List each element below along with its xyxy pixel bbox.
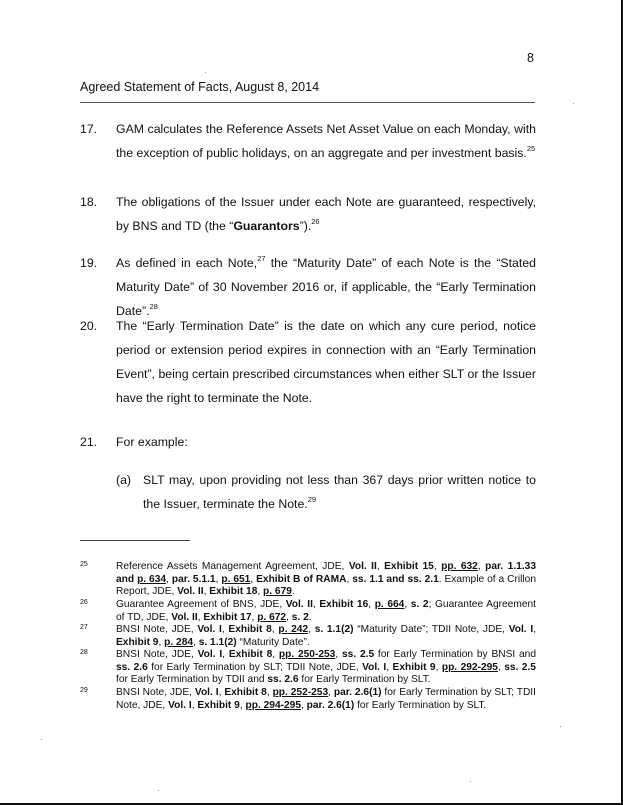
citation-page-link: pp. 632	[441, 561, 478, 572]
footnote-ref[interactable]: 27	[257, 254, 265, 263]
footnote-28: 28 BNSI Note, JDE, Vol. I, Exhibit 8, pp…	[80, 649, 536, 687]
header-rule	[80, 102, 535, 103]
footnote-number: 27	[80, 622, 88, 635]
scan-speck	[470, 781, 471, 782]
citation-ref: Exhibit 17	[203, 612, 251, 623]
citation-ref: Vol. I	[197, 624, 221, 635]
paragraph-number: 19.	[80, 251, 97, 275]
citation-ref: Exhibit 9	[393, 662, 436, 673]
footnote-separator	[80, 540, 190, 541]
paragraph-number: 18.	[80, 190, 97, 214]
citation-text: ,	[272, 649, 279, 660]
paragraph-text: For example:	[116, 430, 536, 454]
citation-ref: Exhibit 9	[116, 637, 158, 648]
citation-page-link: pp. 292-295	[442, 662, 498, 673]
citation-ref: ss. 2.6	[116, 662, 148, 673]
footnote-25: 25 Reference Assets Management Agreement…	[80, 561, 536, 599]
citation-ref: Vol. II	[171, 612, 197, 623]
citation-page-link: p. 664	[375, 599, 405, 610]
subitem-text: SLT may, upon providing not less than 36…	[143, 473, 536, 511]
citation-text: .	[309, 612, 312, 623]
citation-ref: Vol. I	[362, 662, 386, 673]
citation-ref: Vol. I	[509, 624, 533, 635]
paragraph-text: The “Early Termination Date” is the date…	[116, 314, 536, 410]
citation-ref: ss. 2.6	[267, 674, 298, 685]
defined-term: Guarantors	[233, 219, 299, 233]
citation-ref: s. 1.1(2)	[199, 637, 237, 648]
paragraph-text: As defined in each Note,	[116, 256, 257, 270]
footnote-text: BNSI Note, JDE, Vol. I, Exhibit 8, pp. 2…	[116, 687, 536, 712]
running-head: Agreed Statement of Facts, August 8, 201…	[80, 80, 319, 94]
scan-speck	[158, 790, 159, 791]
page-number: 8	[527, 51, 534, 65]
citation-ref: s. 1.1(2)	[315, 624, 354, 635]
citation-text: BNSI Note, JDE,	[116, 687, 195, 698]
citation-ref: ss. 2.5	[504, 662, 536, 673]
citation-ref: and ss. 2.1	[386, 574, 438, 585]
citation-page-link: p. 242	[278, 624, 308, 635]
scan-speck	[41, 739, 42, 740]
citation-ref: Exhibit B of RAMA	[256, 574, 346, 585]
citation-ref: Exhibit 15	[384, 561, 434, 572]
paragraph-17: 17. GAM calculates the Reference Assets …	[80, 117, 536, 165]
footnote-text: Guarantee Agreement of BNS, JDE, Vol. II…	[116, 599, 536, 624]
citation-text: ,	[335, 649, 342, 660]
subitem-label: (a)	[116, 468, 131, 492]
paragraph-text: ”).	[300, 219, 312, 233]
footnote-text: Reference Assets Management Agreement, J…	[116, 561, 536, 599]
citation-ref: Vol. II	[177, 586, 203, 597]
paragraph-text: The obligations of the Issuer under each…	[116, 195, 536, 233]
citation-ref: s. 2	[292, 612, 309, 623]
citation-text: “Maturity Date”; TDII Note, JDE,	[354, 624, 509, 635]
citation-page-link: p. 284	[164, 637, 193, 648]
citation-text: “Maturity Date”.	[237, 637, 310, 648]
scan-speck	[205, 72, 206, 73]
citation-page-link: p. 634	[137, 574, 166, 585]
citation-ref: Exhibit 18	[209, 586, 257, 597]
paragraph-20: 20. The “Early Termination Date” is the …	[80, 314, 536, 410]
citation-ref: Exhibit 16	[319, 599, 368, 610]
citation-text: for Early Termination by SLT.	[354, 700, 486, 711]
citation-ref: ss. 2.5	[342, 649, 374, 660]
footnote-26: 26 Guarantee Agreement of BNS, JDE, Vol.…	[80, 599, 536, 624]
citation-text: for Early Termination by BNSI and	[374, 649, 536, 660]
citation-text: Guarantee Agreement of BNS, JDE,	[116, 599, 286, 610]
citation-page-link: pp. 250-253	[279, 649, 335, 660]
footnote-ref[interactable]: 29	[308, 495, 316, 504]
scan-speck	[560, 726, 561, 727]
citation-text: for Early Termination by SLT.	[299, 674, 431, 685]
footnote-number: 29	[80, 685, 88, 698]
paragraph-text: GAM calculates the Reference Assets Net …	[116, 122, 536, 160]
citation-text: for Early Termination by SLT; TDII Note,…	[148, 662, 362, 673]
citation-ref: par. 2.6(1)	[334, 687, 382, 698]
paragraph-number: 17.	[80, 117, 97, 141]
footnote-ref[interactable]: 26	[311, 217, 319, 226]
citation-ref: Exhibit 8	[224, 687, 267, 698]
footnote-text: BNSI Note, JDE, Vol. I, Exhibit 8, p. 24…	[116, 624, 536, 649]
footnote-ref[interactable]: 28	[150, 302, 158, 311]
paragraph-number: 20.	[80, 314, 97, 338]
citation-text: Reference Assets Management Agreement, J…	[116, 561, 349, 572]
citation-ref: ss. 1.1	[352, 574, 383, 585]
footnote-number: 25	[80, 559, 88, 572]
citation-ref: Vol. I	[195, 687, 219, 698]
citation-ref: Exhibit 8	[229, 649, 272, 660]
footnote-29: 29 BNSI Note, JDE, Vol. I, Exhibit 8, pp…	[80, 687, 536, 712]
paragraph-19: 19. As defined in each Note,27 the “Matu…	[80, 251, 536, 323]
citation-ref: and	[116, 574, 134, 585]
citation-ref: par. 1.1.33	[485, 561, 536, 572]
paragraph-number: 21.	[80, 430, 97, 454]
citation-text: ,	[533, 624, 536, 635]
citation-ref: Vol. I	[198, 649, 223, 660]
citation-text: BNSI Note, JDE,	[116, 624, 197, 635]
subitem-a: (a) SLT may, upon providing not less tha…	[116, 468, 536, 516]
citation-page-link: p. 672	[257, 612, 286, 623]
citation-ref: s. 2	[411, 599, 429, 610]
paragraph-18: 18. The obligations of the Issuer under …	[80, 190, 536, 238]
citation-ref: par. 2.6(1)	[307, 700, 355, 711]
citation-ref: Exhibit 8	[228, 624, 271, 635]
scan-speck	[573, 103, 574, 104]
citation-page-link: pp. 252-253	[273, 687, 329, 698]
citation-ref: Vol. I	[168, 700, 192, 711]
citation-ref: Exhibit 9	[197, 700, 239, 711]
document-page: 8 Agreed Statement of Facts, August 8, 2…	[0, 0, 623, 805]
citation-page-link: p. 679	[263, 586, 292, 597]
citation-ref: Vol. II	[286, 599, 313, 610]
citation-text: ,	[222, 649, 229, 660]
citation-text: for Early Termination by TDII and	[116, 674, 267, 685]
footnote-ref[interactable]: 25	[527, 144, 535, 153]
citation-text: .	[292, 586, 295, 597]
citation-ref: par. 5.1.1	[172, 574, 216, 585]
paragraph-21: 21. For example:	[80, 430, 536, 454]
footnote-number: 28	[80, 647, 88, 660]
footnote-text: BNSI Note, JDE, Vol. I, Exhibit 8, pp. 2…	[116, 649, 536, 687]
citation-text: BNSI Note, JDE,	[116, 649, 198, 660]
citation-ref: Vol. II	[349, 561, 377, 572]
footnote-number: 26	[80, 597, 88, 610]
citation-page-link: p. 651	[221, 574, 250, 585]
footnote-27: 27 BNSI Note, JDE, Vol. I, Exhibit 8, p.…	[80, 624, 536, 649]
citation-page-link: pp. 294-295	[246, 700, 302, 711]
